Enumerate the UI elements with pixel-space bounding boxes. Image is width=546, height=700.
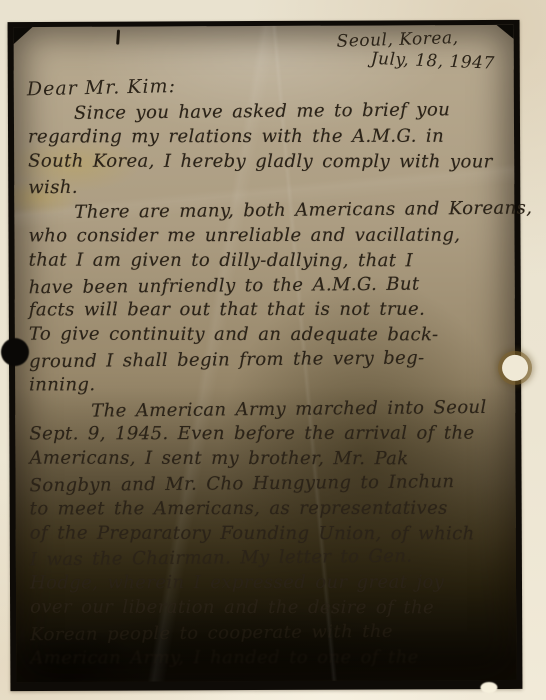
letter-dateline: Seoul, Korea, July, 18, 1947: [337, 28, 495, 73]
letter-line: Sept. 9, 1945. Even before the arrival o…: [29, 422, 505, 448]
letter-paragraph-1: Since you have asked me to brief you reg…: [28, 99, 504, 200]
letter-line: South Korea, I hereby gladly comply with…: [28, 149, 504, 175]
letter-line: that I am given to dilly-dallying, that …: [29, 248, 505, 274]
letter-line: Hodge, wherein I expressed our great joy: [30, 571, 506, 597]
letter-paragraph-2: There are many, both Americans and Korea…: [28, 198, 505, 398]
letter-photograph: Seoul, Korea, July, 18, 1947 Dear Mr. Ki…: [8, 20, 523, 691]
letter-line: to meet the Americans, as representative…: [30, 496, 506, 522]
letter-line: inning.: [29, 372, 505, 398]
letter-line: Americans, I sent my brother, Mr. Pak: [29, 447, 505, 473]
letter-line: The American Army marched into Seoul: [29, 395, 505, 424]
letter-line: Songbyn and Mr. Cho Hungyung to Inchun: [29, 470, 505, 499]
letter-line: I was the Chairman. My letter to Gen.: [30, 544, 506, 573]
letter-paragraph-3: The American Army marched into Seoul Sep…: [29, 397, 506, 672]
letter-line: Korean people to cooperate with the: [30, 618, 506, 647]
white-dust-spot: [480, 682, 497, 693]
letter-line: over our liberation and the desire of th…: [30, 596, 506, 622]
letter-line: facts will bear out that that is not tru…: [29, 298, 505, 324]
letter-line: ground I shall begin from the very beg-: [29, 346, 505, 375]
letter-salutation: Dear Mr. Kim:: [27, 75, 177, 100]
letter-paper: Seoul, Korea, July, 18, 1947 Dear Mr. Ki…: [14, 25, 517, 682]
letter-line: Since you have asked me to brief you: [28, 98, 504, 127]
photo-mount-board: Seoul, Korea, July, 18, 1947 Dear Mr. Ki…: [0, 0, 546, 700]
letter-line: To give continuity and an adequate back-: [29, 323, 505, 349]
handwritten-text-layer: Seoul, Korea, July, 18, 1947 Dear Mr. Ki…: [14, 25, 517, 682]
dateline-date: July, 18, 1947: [370, 48, 495, 75]
letter-line: have been unfriendly to the A.M.G. But: [29, 271, 505, 300]
letter-line: There are many, both Americans and Korea…: [28, 197, 504, 226]
letter-body: Since you have asked me to brief you reg…: [28, 99, 506, 671]
letter-line-faded: American Army, I handed to one of the: [30, 645, 506, 671]
letter-line: regarding my relations with the A.M.G. i…: [28, 124, 504, 150]
letter-line: who consider me unreliable and vacillati…: [28, 224, 504, 250]
letter-line: of the Preparatory Founding Union, of wh…: [30, 521, 506, 547]
